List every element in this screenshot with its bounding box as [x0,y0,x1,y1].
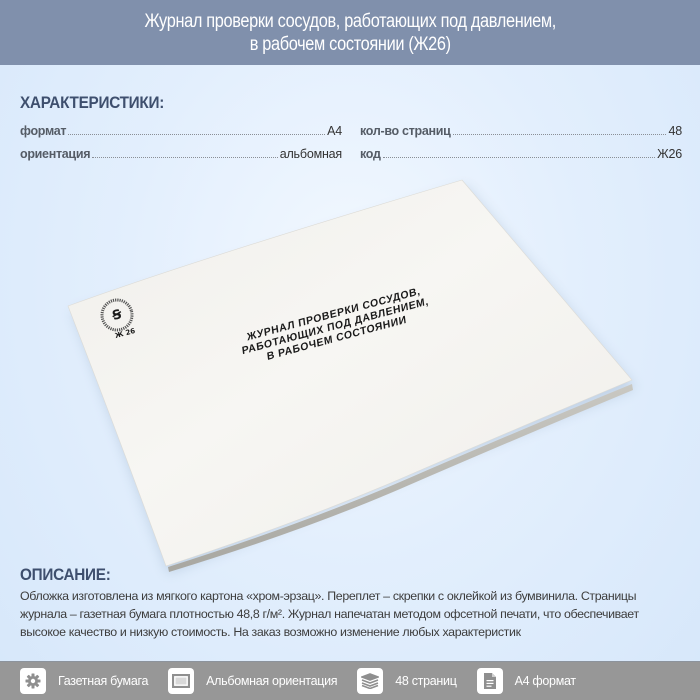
spec-label: формат [20,120,66,143]
spec-label: ориентация [20,143,90,166]
feature-label: 48 страниц [395,674,456,688]
feature-label: А4 формат [515,674,576,688]
spec-row-code: код Ж26 [360,143,682,166]
spec-label: кол-во страниц [360,120,451,143]
features-bar: Газетная бумага Альбомная ориентация 48 … [0,661,700,700]
specs-left-column: формат А4 ориентация альбомная [20,120,342,166]
spec-row-orientation: ориентация альбомная [20,143,342,166]
document-icon [477,668,503,694]
description-heading: ОПИСАНИЕ: [20,565,111,585]
description-text: Обложка изготовлена из мягкого картона «… [20,587,685,641]
dot-leader [453,134,667,135]
spec-label: код [360,143,381,166]
spec-value: А4 [327,120,342,143]
specs-right-column: кол-во страниц 48 код Ж26 [360,120,682,166]
dot-leader [92,157,278,158]
feature-pages: 48 страниц [357,668,456,694]
cover-title: ЖУРНАЛ ПРОВЕРКИ СОСУДОВ, РАБОТАЮЩИХ ПОД … [222,278,449,374]
spec-value: Ж26 [657,143,682,166]
page-header: Журнал проверки сосудов, работающих под … [0,0,700,65]
spec-value: альбомная [280,143,342,166]
svg-text:Ꞩ: Ꞩ [110,307,125,324]
spec-value: 48 [668,120,682,143]
dot-leader [383,157,656,158]
svg-text:Ж 26: Ж 26 [114,327,136,340]
feature-paper: Газетная бумага [20,668,148,694]
publisher-logo: Ꞩ Ж 26 [99,297,138,342]
feature-label: Альбомная ориентация [206,674,337,688]
spec-row-pages: кол-во страниц 48 [360,120,682,143]
specs-heading: ХАРАКТЕРИСТИКИ: [20,93,164,113]
gear-icon [20,668,46,694]
layers-icon [357,668,383,694]
feature-label: Газетная бумага [58,674,148,688]
feature-orientation: Альбомная ориентация [168,668,337,694]
landscape-icon [168,668,194,694]
page-title: Журнал проверки сосудов, работающих под … [144,10,555,56]
dot-leader [68,134,325,135]
spec-row-format: формат А4 [20,120,342,143]
feature-format: А4 формат [477,668,576,694]
